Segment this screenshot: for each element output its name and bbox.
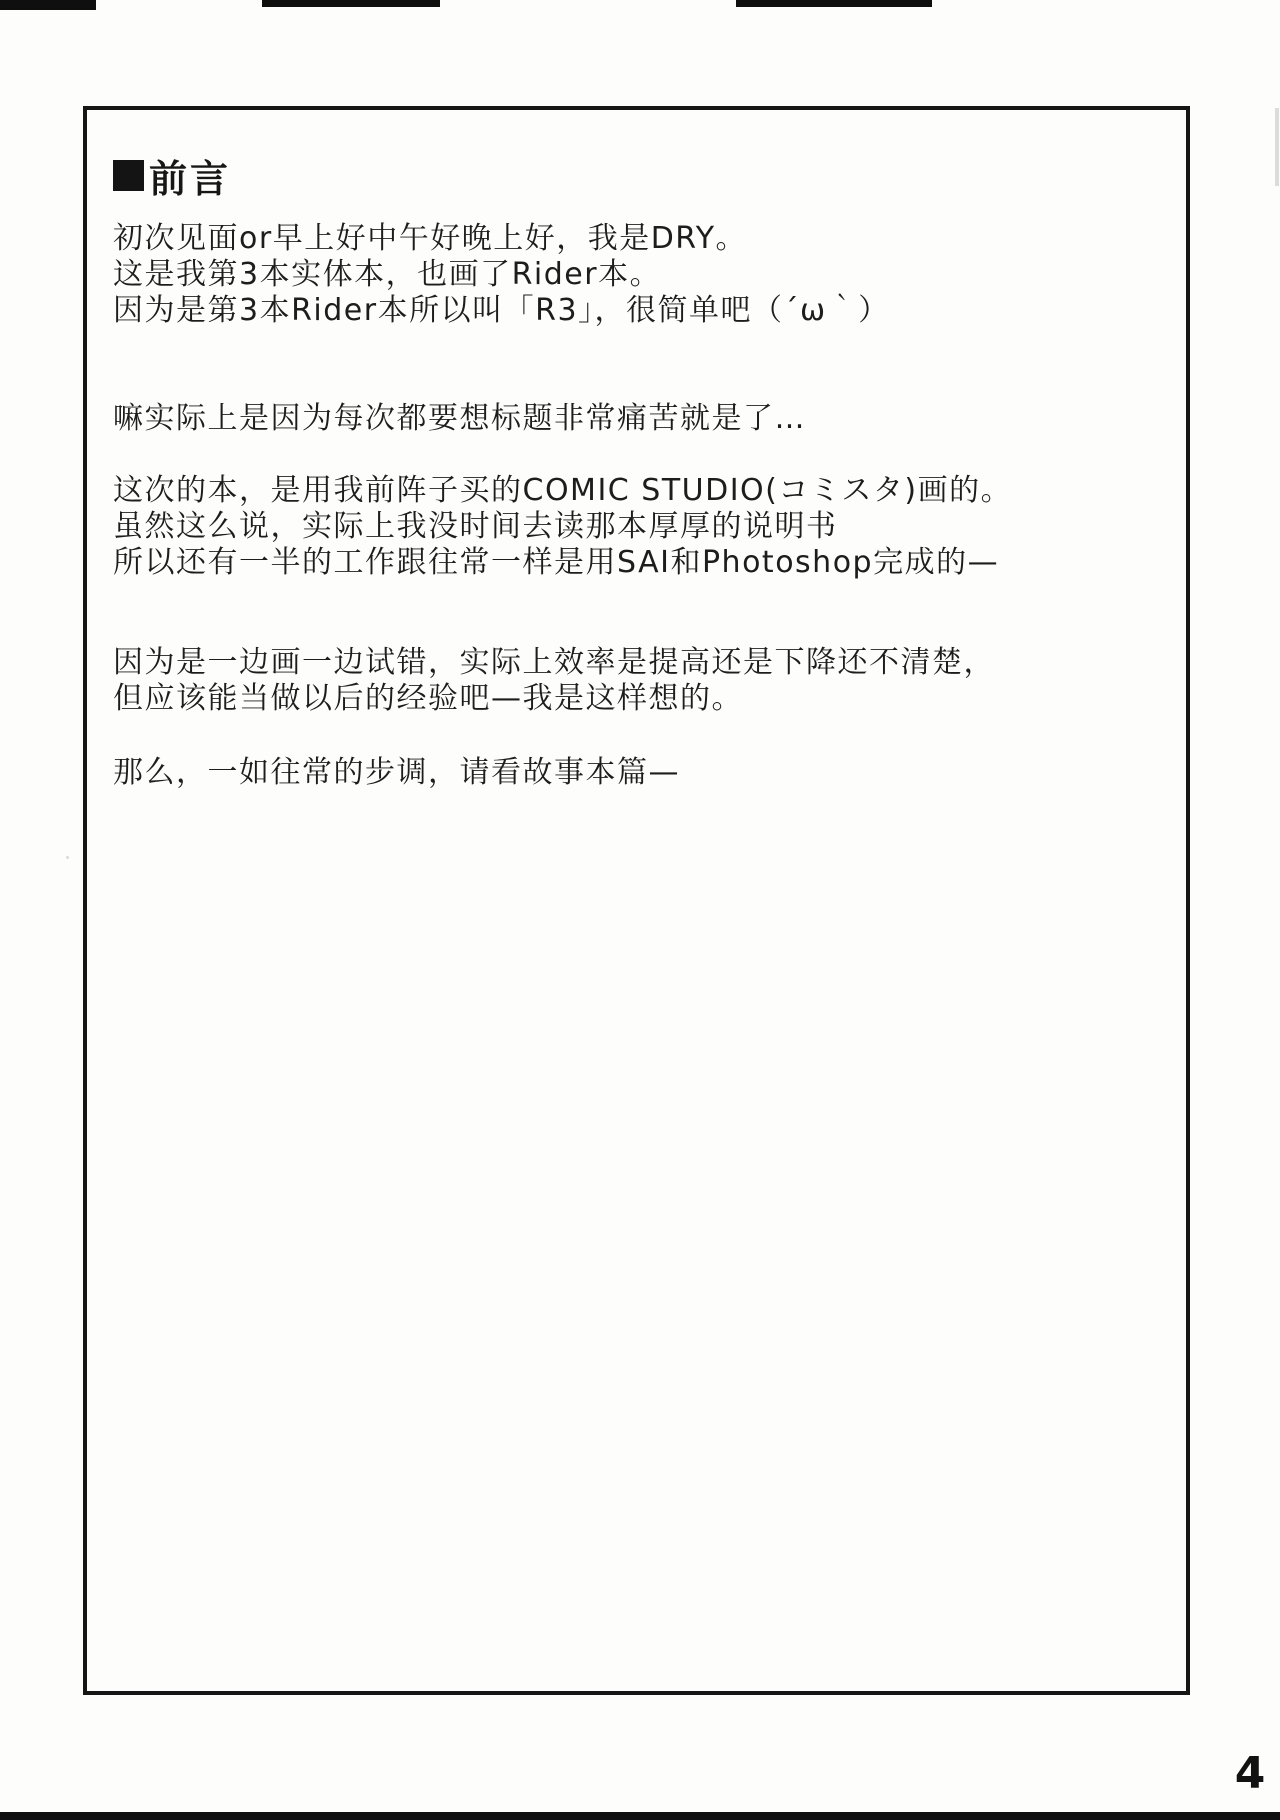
text-line: 嘛实际上是因为每次都要想标题非常痛苦就是了… xyxy=(113,401,1153,437)
text-line: 虽然这么说，实际上我没时间去读那本厚厚的说明书 xyxy=(113,509,1153,545)
page-frame: 前言 初次见面or早上好中午好晚上好，我是DRY。 这是我第3本实体本，也画了R… xyxy=(83,106,1190,1695)
black-square-icon xyxy=(113,160,144,191)
text-line: 这是我第3本实体本，也画了Rider本。 xyxy=(113,257,1153,293)
text-line: 因为是第3本Rider本所以叫「R3」，很简单吧（´ω｀） xyxy=(113,293,1153,329)
text-line: 所以还有一半的工作跟往常一样是用SAI和Photoshop完成的— xyxy=(113,545,1153,581)
scan-edge-artifact xyxy=(736,0,932,7)
section-heading-label: 前言 xyxy=(149,148,231,203)
text-line: 那么，一如往常的步调，请看故事本篇— xyxy=(113,755,1153,791)
text-line: 初次见面or早上好中午好晚上好，我是DRY。 xyxy=(113,221,1153,257)
scan-speck xyxy=(66,856,69,859)
text-line: 但应该能当做以后的经验吧—我是这样想的。 xyxy=(113,681,1153,717)
text-line: 因为是一边画一边试错，实际上效率是提高还是下降还不清楚， xyxy=(113,645,1153,681)
paragraph: 这次的本，是用我前阵子买的COMIC STUDIO(コミスタ)画的。 虽然这么说… xyxy=(113,473,1153,581)
paragraph: 嘛实际上是因为每次都要想标题非常痛苦就是了… xyxy=(113,401,1153,437)
paragraph: 因为是一边画一边试错，实际上效率是提高还是下降还不清楚， 但应该能当做以后的经验… xyxy=(113,645,1153,717)
scan-edge-artifact xyxy=(0,0,96,10)
text-line: 这次的本，是用我前阵子买的COMIC STUDIO(コミスタ)画的。 xyxy=(113,473,1153,509)
scan-bottom-edge xyxy=(0,1812,1280,1820)
section-heading: 前言 xyxy=(113,148,1153,203)
page-number: 4 xyxy=(1228,1748,1272,1799)
scan-edge-artifact xyxy=(262,0,440,7)
page-content: 前言 初次见面or早上好中午好晚上好，我是DRY。 这是我第3本实体本，也画了R… xyxy=(113,110,1153,791)
scan-right-edge xyxy=(1275,108,1279,186)
paragraph: 初次见面or早上好中午好晚上好，我是DRY。 这是我第3本实体本，也画了Ride… xyxy=(113,221,1153,329)
paragraph: 那么，一如往常的步调，请看故事本篇— xyxy=(113,755,1153,791)
